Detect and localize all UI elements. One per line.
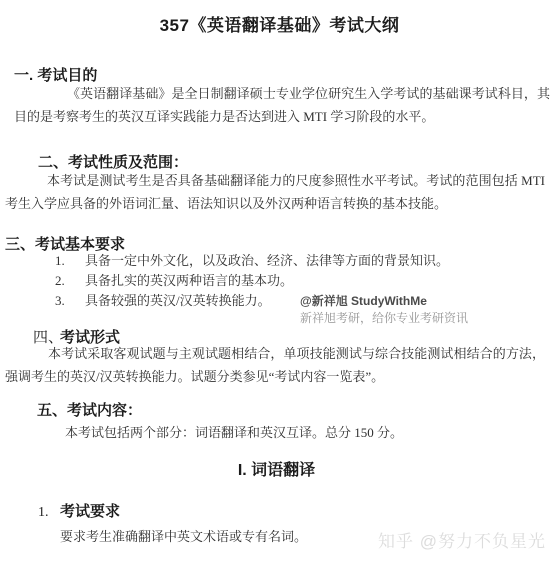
list-item-number: 2. bbox=[55, 271, 85, 291]
list-item-number: 3. bbox=[55, 291, 85, 311]
section-5-body: 本考试包括两个部分：词语翻译和英汉互译。总分 150 分。 bbox=[65, 421, 403, 444]
page-title: 357《英语翻译基础》考试大纲 bbox=[0, 11, 559, 36]
list-item: 1. 具备一定中外文化，以及政治、经济、法律等方面的背景知识。 bbox=[55, 251, 449, 271]
list-item-text: 具备扎实的英汉两种语言的基本功。 bbox=[85, 271, 293, 291]
list-item-text: 具备一定中外文化，以及政治、经济、法律等方面的背景知识。 bbox=[85, 251, 449, 271]
section-1-body: 《英语翻译基础》是全日制翻译硕士专业学位研究生入学考试的基础课考试科目，其目的是… bbox=[14, 82, 550, 128]
subsection-1-label: 考试要求 bbox=[60, 500, 120, 521]
subsection-1-body: 要求考生准确翻译中英文术语或专有名词。 bbox=[60, 525, 307, 548]
subsection-1-number: 1. bbox=[38, 505, 60, 521]
section-2-body: 本考试是测试考生是否具备基础翻译能力的尺度参照性水平考试。考试的范围包括 MTI… bbox=[5, 169, 545, 215]
section-5-heading: 五、考试内容： bbox=[37, 399, 142, 420]
subsection-1-heading: 1. 考试要求 bbox=[38, 500, 120, 521]
watermark-studywithme-tagline: 新祥旭考研，给你专业考研资讯 bbox=[300, 309, 468, 326]
section-4-body: 本考试采取客观试题与主观试题相结合，单项技能测试与综合技能测试相结合的方法，强调… bbox=[5, 343, 545, 388]
list-item-text: 具备较强的英汉/汉英转换能力。 bbox=[85, 291, 271, 311]
watermark-studywithme-handle: @新祥旭 StudyWithMe bbox=[300, 292, 427, 309]
watermark-zhihu: 知乎 @努力不负星光 bbox=[378, 527, 546, 552]
list-item-number: 1. bbox=[55, 251, 85, 271]
list-item: 2. 具备扎实的英汉两种语言的基本功。 bbox=[55, 271, 449, 291]
part-1-heading: I. 词语翻译 bbox=[0, 457, 553, 480]
document-page: 357《英语翻译基础》考试大纲 一. 考试目的 《英语翻译基础》是全日制翻译硕士… bbox=[0, 0, 559, 564]
